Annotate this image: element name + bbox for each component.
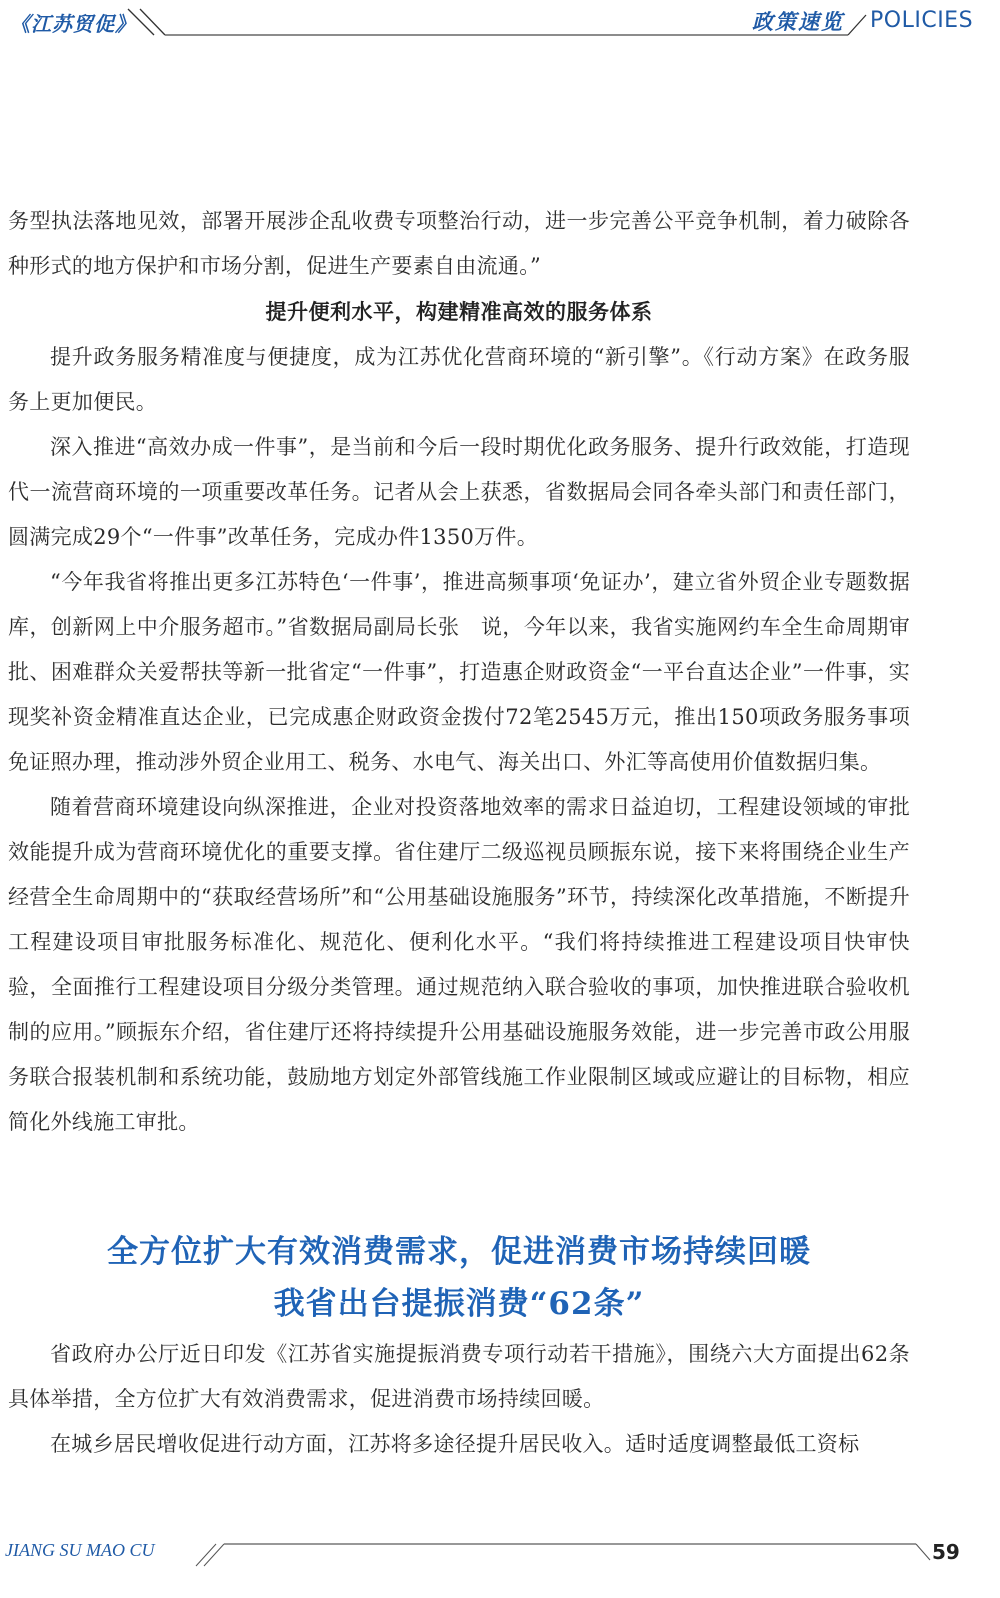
paragraph: 省政府办公厅近日印发《江苏省实施提振消费专项行动若干措施》，围绕六大方面提出62… bbox=[8, 1332, 910, 1422]
journal-name-en: JIANG SU MAO CU bbox=[5, 1540, 154, 1561]
paragraph: 提升政务服务精准度与便捷度，成为江苏优化营商环境的“新引擎”。《行动方案》在政务… bbox=[8, 335, 910, 425]
paragraph: 深入推进“高效办成一件事”，是当前和今后一段时期优化政务服务、提升行政效能，打造… bbox=[8, 425, 910, 560]
section-title-cn: 政策速览 bbox=[752, 6, 844, 36]
article-title-line-2: 我省出台提振消费“62条” bbox=[8, 1278, 910, 1330]
article-1: 务型执法落地见效，部署开展涉企乱收费专项整治行动，进一步完善公平竞争机制，着力破… bbox=[8, 199, 910, 1145]
page-number: 59 bbox=[932, 1540, 960, 1564]
paragraph: 在城乡居民增收促进行动方面，江苏将多途径提升居民收入。适时适度调整最低工资标 bbox=[8, 1422, 910, 1467]
journal-title: 《江苏贸促》 bbox=[10, 8, 136, 37]
section-subheading: 提升便利水平，构建精准高效的服务体系 bbox=[8, 289, 910, 335]
article-title-line-1: 全方位扩大有效消费需求，促进消费市场持续回暖 bbox=[8, 1226, 910, 1278]
article-2: 全方位扩大有效消费需求，促进消费市场持续回暖 我省出台提振消费“62条” 省政府… bbox=[8, 1226, 910, 1467]
header-rule-decoration bbox=[0, 0, 1000, 50]
paragraph: “今年我省将推出更多江苏特色‘一件事’，推进高频事项‘免证办’，建立省外贸企业专… bbox=[8, 560, 910, 785]
page-header: 《江苏贸促》 政策速览 POLICIES bbox=[0, 0, 1000, 50]
page-footer: JIANG SU MAO CU 59 bbox=[0, 1530, 1000, 1598]
paragraph: 务型执法落地见效，部署开展涉企乱收费专项整治行动，进一步完善公平竞争机制，着力破… bbox=[8, 199, 910, 289]
paragraph: 随着营商环境建设向纵深推进，企业对投资落地效率的需求日益迫切，工程建设领域的审批… bbox=[8, 785, 910, 1145]
article-2-body: 省政府办公厅近日印发《江苏省实施提振消费专项行动若干措施》，围绕六大方面提出62… bbox=[8, 1332, 910, 1467]
section-title-en: POLICIES bbox=[870, 8, 973, 33]
